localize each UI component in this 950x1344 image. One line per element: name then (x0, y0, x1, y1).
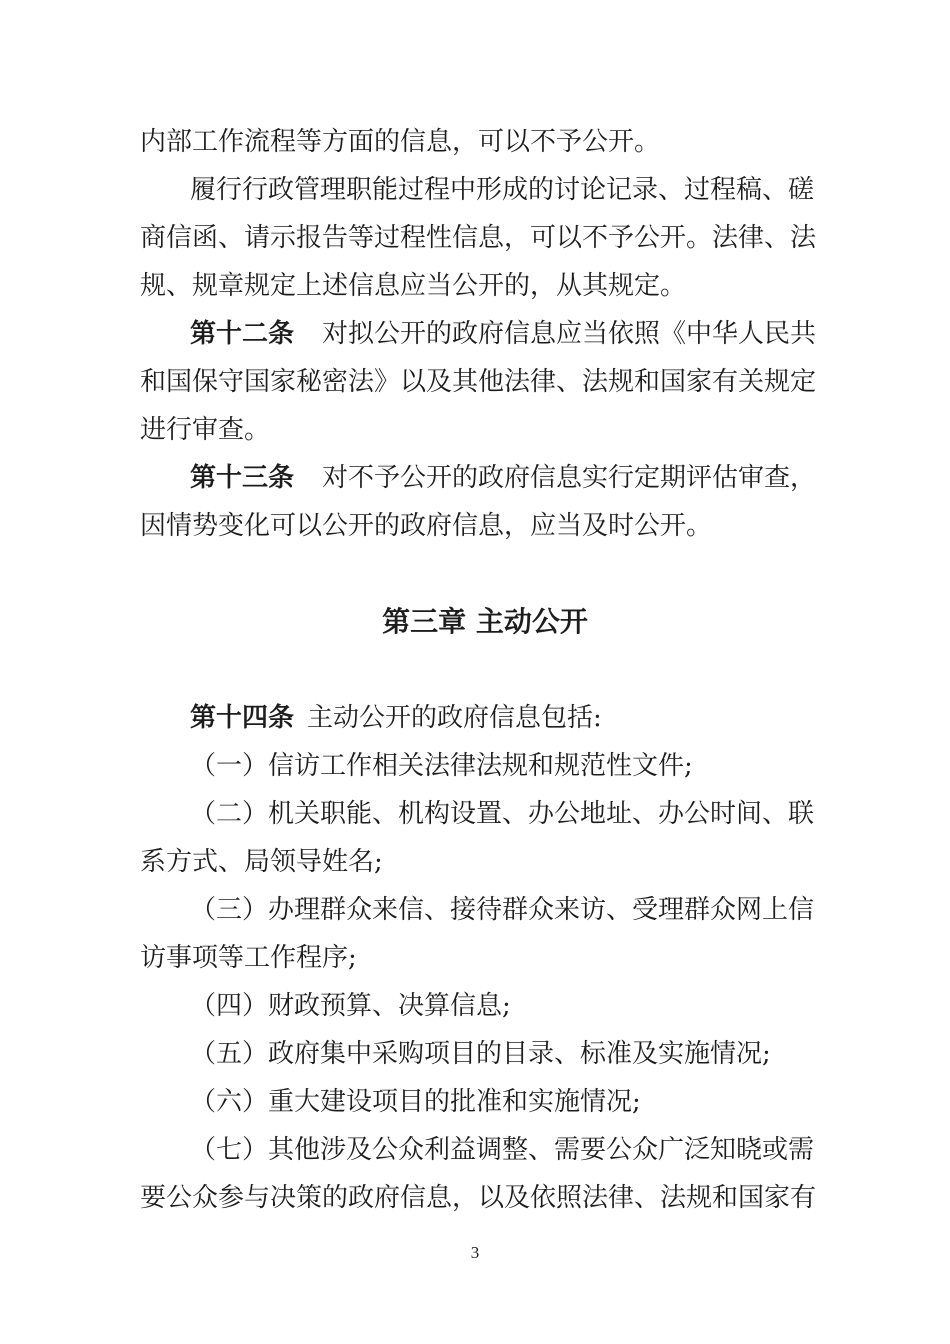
doc-line: 第十三条对不予公开的政府信息实行定期评估审查， (140, 454, 830, 502)
line-text: （四）财政预算、决算信息; (190, 991, 511, 1021)
line-text: （七）其他涉及公众利益调整、需要公众广泛知晓或需 (190, 1135, 814, 1165)
line-text: 和国保守国家秘密法》以及其他法律、法规和国家有关规定 (140, 367, 816, 397)
line-text: 对不予公开的政府信息实行定期评估审查， (322, 463, 816, 493)
line-text: （五）政府集中采购项目的目录、标准及实施情况; (190, 1039, 771, 1069)
line-text: 因情势变化可以公开的政府信息，应当及时公开。 (140, 511, 712, 541)
document-page: 内部工作流程等方面的信息，可以不予公开。履行行政管理职能过程中形成的讨论记录、过… (0, 0, 950, 1344)
doc-line: 系方式、局领导姓名; (140, 838, 830, 886)
doc-line: 第十四条主动公开的政府信息包括: (140, 694, 830, 742)
article-number: 第十三条 (190, 463, 294, 493)
blank-line (140, 646, 830, 694)
doc-line: 和国保守国家秘密法》以及其他法律、法规和国家有关规定 (140, 358, 830, 406)
line-text: 主动公开的政府信息包括: (307, 703, 602, 733)
doc-line: 进行审查。 (140, 406, 830, 454)
line-text: 进行审查。 (140, 415, 270, 445)
line-text: 内部工作流程等方面的信息，可以不予公开。 (140, 127, 660, 157)
document-body: 内部工作流程等方面的信息，可以不予公开。履行行政管理职能过程中形成的讨论记录、过… (140, 118, 830, 1222)
doc-line: 规、规章规定上述信息应当公开的，从其规定。 (140, 262, 830, 310)
doc-line: 内部工作流程等方面的信息，可以不予公开。 (140, 118, 830, 166)
line-text: 访事项等工作程序; (140, 943, 357, 973)
doc-line: 第十二条对拟公开的政府信息应当依照《中华人民共 (140, 310, 830, 358)
doc-line: （三）办理群众来信、接待群众来访、受理群众网上信 (140, 886, 830, 934)
doc-line: 履行行政管理职能过程中形成的讨论记录、过程稿、磋 (140, 166, 830, 214)
doc-line: （二）机关职能、机构设置、办公地址、办公时间、联 (140, 790, 830, 838)
blank-line (140, 550, 830, 598)
line-text: （六）重大建设项目的批准和实施情况; (190, 1087, 641, 1117)
doc-line: （七）其他涉及公众利益调整、需要公众广泛知晓或需 (140, 1126, 830, 1174)
doc-line: 商信函、请示报告等过程性信息，可以不予公开。法律、法 (140, 214, 830, 262)
line-text: 规、规章规定上述信息应当公开的，从其规定。 (140, 271, 686, 301)
doc-line: （一）信访工作相关法律法规和规范性文件; (140, 742, 830, 790)
article-number: 第十二条 (190, 319, 294, 349)
page-number: 3 (0, 1242, 950, 1264)
line-text: （二）机关职能、机构设置、办公地址、办公时间、联 (190, 799, 814, 829)
line-text: （三）办理群众来信、接待群众来访、受理群众网上信 (190, 895, 814, 925)
doc-line: （五）政府集中采购项目的目录、标准及实施情况; (140, 1030, 830, 1078)
line-text: 要公众参与决策的政府信息，以及依照法律、法规和国家有 (140, 1183, 816, 1213)
line-text: 对拟公开的政府信息应当依照《中华人民共 (322, 319, 816, 349)
doc-line: 访事项等工作程序; (140, 934, 830, 982)
chapter-heading: 第三章 主动公开 (140, 598, 830, 646)
line-text: （一）信访工作相关法律法规和规范性文件; (190, 751, 693, 781)
line-text: 履行行政管理职能过程中形成的讨论记录、过程稿、磋 (190, 175, 814, 205)
chapter-title-text: 第三章 主动公开 (382, 605, 588, 638)
line-text: 系方式、局领导姓名; (140, 847, 383, 877)
doc-line: （六）重大建设项目的批准和实施情况; (140, 1078, 830, 1126)
doc-line: 因情势变化可以公开的政府信息，应当及时公开。 (140, 502, 830, 550)
line-text: 商信函、请示报告等过程性信息，可以不予公开。法律、法 (140, 223, 816, 253)
article-number: 第十四条 (190, 703, 294, 733)
doc-line: （四）财政预算、决算信息; (140, 982, 830, 1030)
doc-line: 要公众参与决策的政府信息，以及依照法律、法规和国家有 (140, 1174, 830, 1222)
